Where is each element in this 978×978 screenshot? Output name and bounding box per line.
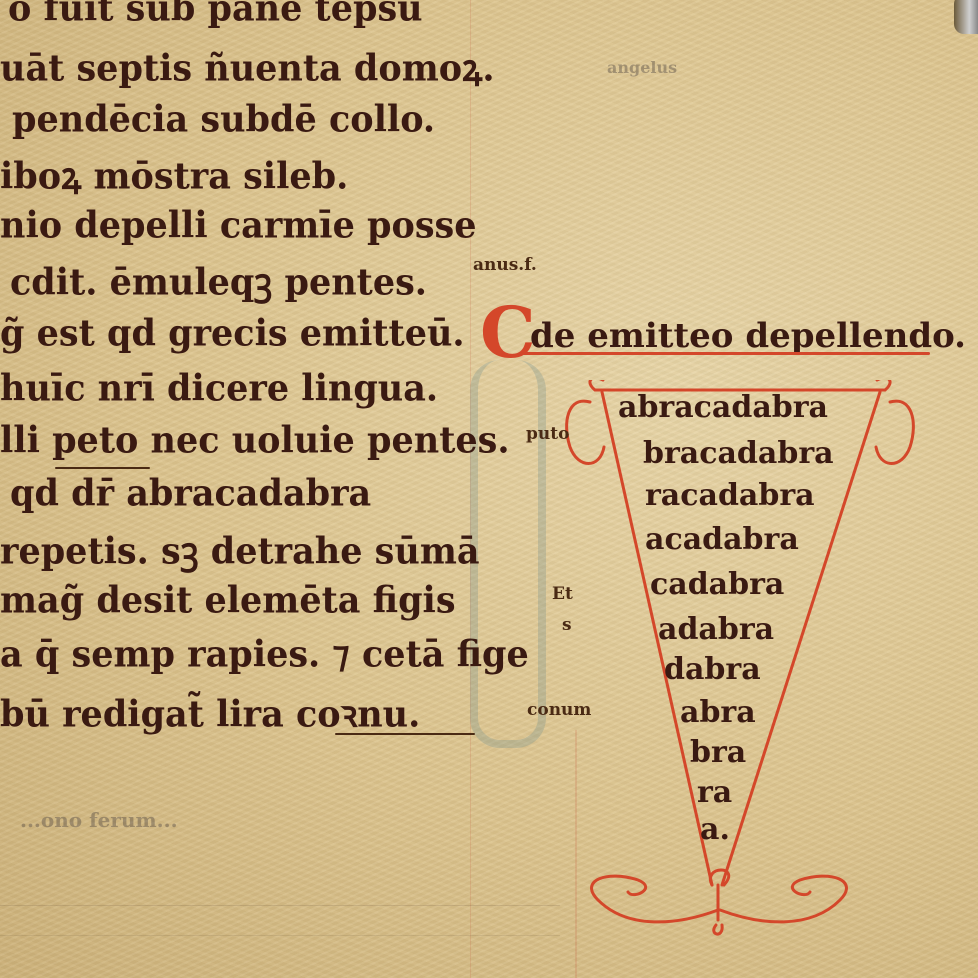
text-line: lli peto nec uoluie pentes. (0, 419, 510, 462)
text-line: a q̄ semp rapies. ⁊ cetā fige (0, 633, 529, 676)
manuscript-folio: o fuit sub pane tepsu uāt septis ñuenta … (0, 0, 978, 978)
red-initial-c: C (480, 298, 536, 368)
margin-gloss-angelus: angelus (607, 58, 677, 77)
text-line: pendēcia subdē collo. (12, 98, 435, 141)
margin-gloss-anus: anus.f. (473, 255, 537, 275)
margin-gloss-conum: conum (527, 700, 591, 720)
margin-gloss-et: Et (552, 584, 573, 604)
charm-row: bra (690, 735, 746, 770)
faint-offset-text: ...ono ferum... (20, 808, 178, 832)
charm-row: a. (700, 812, 730, 847)
charm-row: dabra (664, 652, 761, 687)
ink-underline (55, 467, 150, 469)
text-line: g̃ est qd grecis emitteū. (0, 312, 465, 355)
ruling-line (0, 905, 560, 906)
charm-row: acadabra (645, 522, 799, 557)
charm-row: racadabra (645, 478, 815, 513)
text-line: huīc nrī dicere lingua. (0, 367, 438, 410)
rubric-heading: de emitteo depellendo. (530, 316, 966, 356)
charm-row: abracadabra (618, 390, 828, 425)
text-line: qd dr̄ abracadabra (10, 472, 371, 515)
text-line: mag̃ desit elemēta figis (0, 579, 456, 622)
text-line: uāt septis ñuenta domoꝝ. (0, 43, 495, 92)
text-line: nio depelli carmīe posse (0, 204, 477, 247)
ruling-line (0, 935, 560, 936)
text-line: o fuit sub pane tepsu (8, 0, 423, 30)
charm-row: cadabra (650, 567, 784, 602)
margin-gloss-s: s (562, 615, 572, 635)
metal-clasp (954, 0, 978, 34)
charm-row: ra (697, 775, 732, 810)
ink-underline (335, 733, 475, 735)
text-line: repetis. sꝫ detrahe sūmā (0, 526, 480, 575)
text-line: cdit. ēmuleqꝫ pentes. (10, 257, 427, 306)
rubric-underline (520, 352, 930, 355)
charm-row: adabra (658, 612, 774, 647)
text-line: bū redigat̃ lira coꝛnu. (0, 689, 420, 738)
charm-row: bracadabra (643, 436, 834, 471)
margin-gloss-puto: puto (526, 424, 569, 444)
charm-row: abra (680, 695, 756, 730)
text-line: iboꝝ mōstra sileb. (0, 151, 348, 200)
